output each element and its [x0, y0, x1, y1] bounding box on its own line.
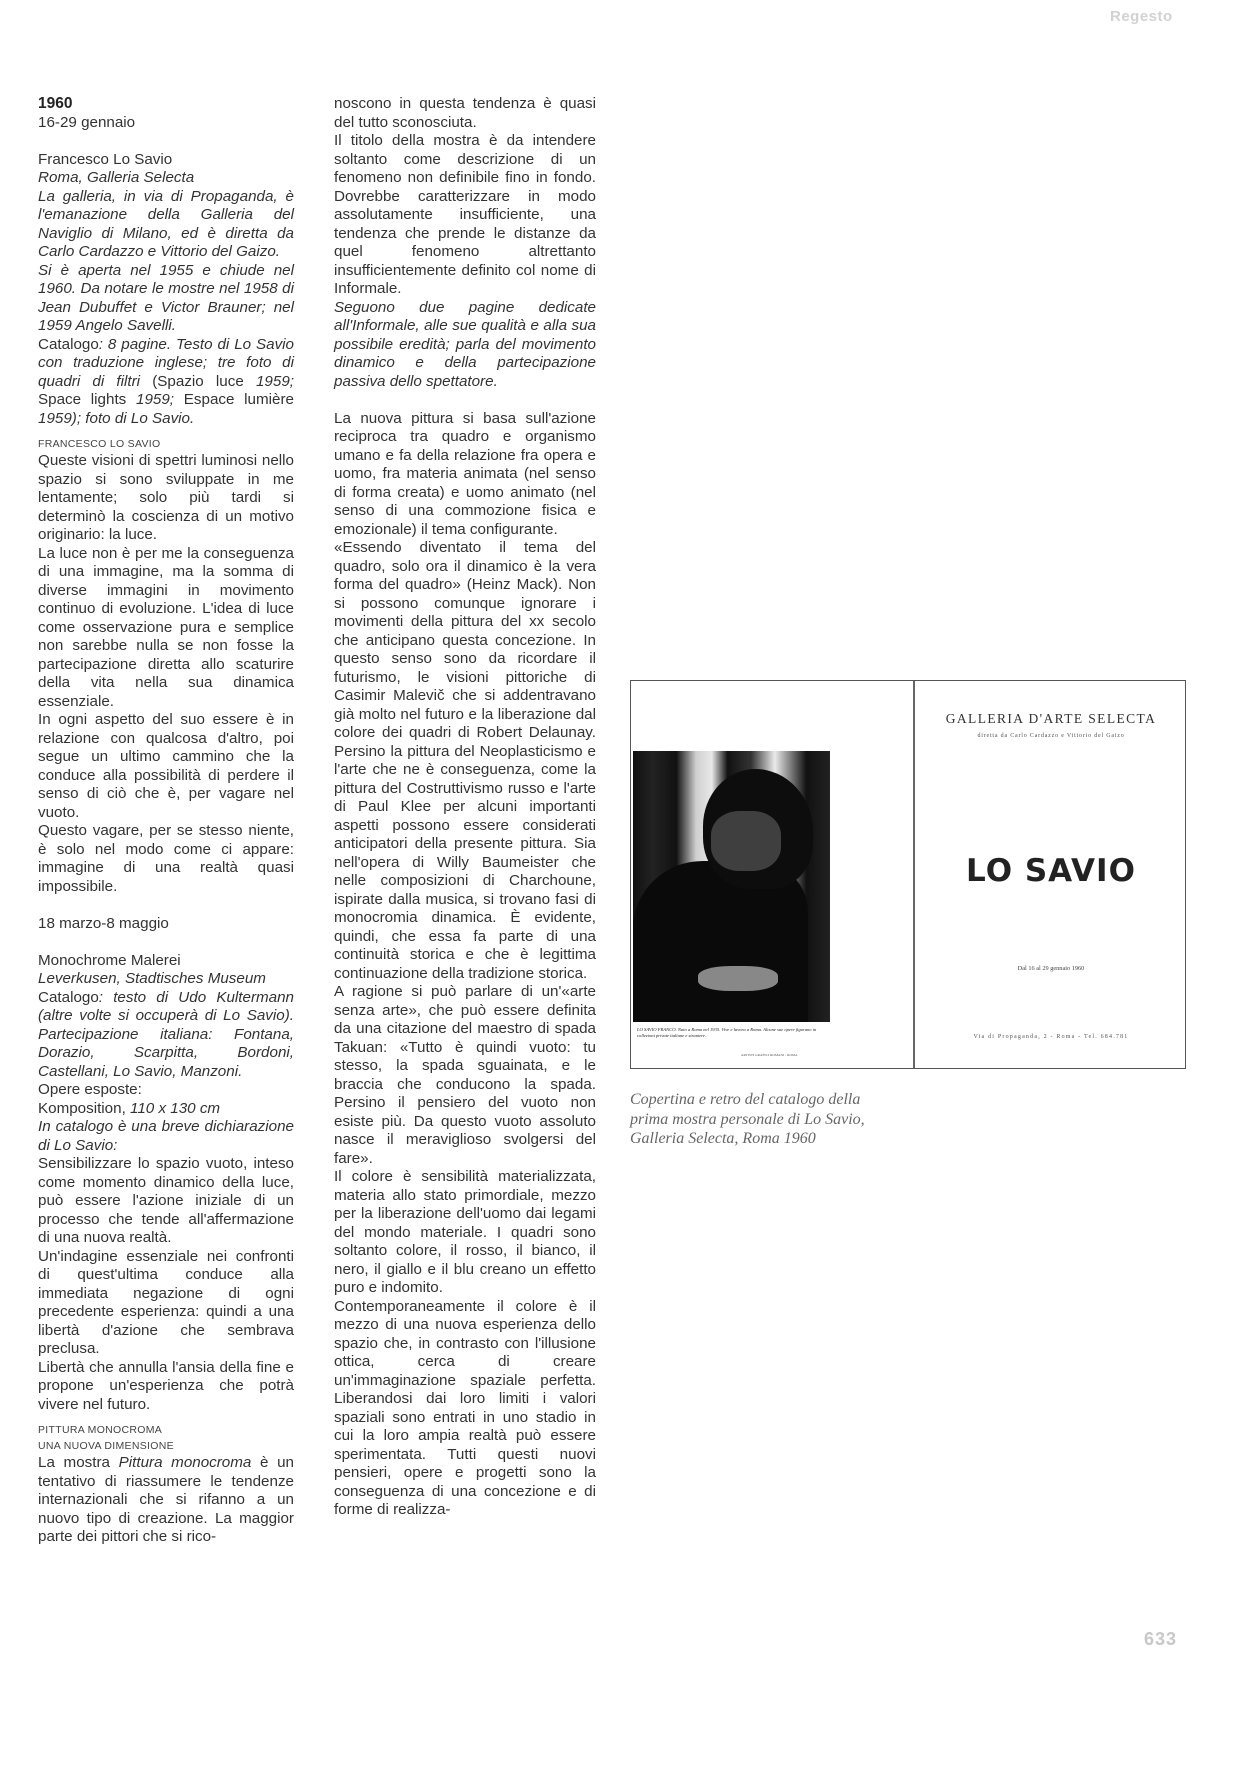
column-2: noscono in questa tendenza è quasi del t… [334, 95, 596, 1520]
entry1-catalog: Catalogo: 8 pagine. Testo di Lo Savio co… [38, 336, 294, 429]
entry2-statement-intro: In catalogo è una breve dichiarazione di… [38, 1118, 294, 1155]
cover-address: Via di Propaganda, 2 - Roma - Tel. 684.7… [921, 1034, 1181, 1040]
page-number: 633 [1144, 1629, 1177, 1650]
section-head-pittura-monocroma: PITTURA MONOCROMA [38, 1422, 294, 1438]
entry2-paragraph: Sensibilizzare lo spazio vuoto, inteso c… [38, 1155, 294, 1248]
entry2-dates: 18 marzo-8 maggio [38, 915, 294, 934]
entry1-artist: Francesco Lo Savio [38, 151, 294, 170]
year-heading: 1960 [38, 95, 294, 114]
photo-caption: LO SAVIO FRANCO. Nato a Roma nel 1935. V… [637, 1027, 829, 1039]
entry1-paragraph: La luce non è per me la conseguenza di u… [38, 545, 294, 712]
col2-paragraph: Il colore è sensibilità materializzata, … [334, 1168, 596, 1298]
col2-paragraph: La nuova pittura si basa sull'azione rec… [334, 410, 596, 540]
section-head-nuova-dimensione: UNA NUOVA DIMENSIONE [38, 1438, 294, 1454]
entry1-note-2: Si è aperta nel 1955 e chiude nel 1960. … [38, 262, 294, 336]
entry1-paragraph: Questo vagare, per se stesso niente, è s… [38, 822, 294, 896]
entry1-paragraph: In ogni aspetto del suo essere è in rela… [38, 711, 294, 822]
entry1-paragraph: Queste visioni di spettri luminosi nello… [38, 452, 294, 545]
entry2-works-label: Opere esposte: [38, 1081, 294, 1100]
printer-line: ARTISTI GRAFICI ROMANI - ROMA [741, 1053, 798, 1057]
column-1: 1960 16-29 gennaio Francesco Lo Savio Ro… [38, 95, 294, 1547]
artist-photo [633, 751, 830, 1022]
figure-caption: Copertina e retro del catalogo della pri… [630, 1090, 900, 1149]
cover-title: LO SAVIO [921, 853, 1181, 889]
entry2-paragraph: Libertà che annulla l'ansia della fine e… [38, 1359, 294, 1415]
pittura-monocroma-paragraph: La mostra Pittura monocroma è un tentati… [38, 1454, 294, 1547]
entry1-note-1: La galleria, in via di Propaganda, è l'e… [38, 188, 294, 262]
col2-paragraph: A ragione si può parlare di un'«arte sen… [334, 983, 596, 1168]
cover-gallery-name: GALLERIA D'ARTE SELECTA [921, 711, 1181, 727]
entry1-dates: 16-29 gennaio [38, 114, 294, 133]
col2-paragraph: «Essendo diventato il tema del quadro, s… [334, 539, 596, 983]
fold-line [913, 681, 915, 1068]
entry2-title: Monochrome Malerei [38, 952, 294, 971]
col2-paragraph-italic: Seguono due pagine dedicate all'Informal… [334, 299, 596, 392]
entry2-catalog: Catalogo: testo di Udo Kultermann (altre… [38, 989, 294, 1082]
col2-paragraph: Il titolo della mostra è da intendere so… [334, 132, 596, 299]
cover-directed-by: diretta da Carlo Cardazzo e Vittorio del… [921, 733, 1181, 739]
section-head-lo-savio: FRANCESCO LO SAVIO [38, 436, 294, 452]
catalog-image: LO SAVIO FRANCO. Nato a Roma nel 1935. V… [630, 680, 1186, 1069]
entry2-venue: Leverkusen, Stadtisches Museum [38, 970, 294, 989]
entry2-work: Komposition, 110 x 130 cm [38, 1100, 294, 1119]
entry2-paragraph: Un'indagine essenziale nei confronti di … [38, 1248, 294, 1359]
col2-paragraph: Contemporaneamente il colore è il mezzo … [334, 1298, 596, 1520]
entry1-venue: Roma, Galleria Selecta [38, 169, 294, 188]
running-head: Regesto [1110, 8, 1173, 25]
col2-paragraph: noscono in questa tendenza è quasi del t… [334, 95, 596, 132]
cover-dates: Dal 16 al 29 gennaio 1960 [921, 965, 1181, 972]
